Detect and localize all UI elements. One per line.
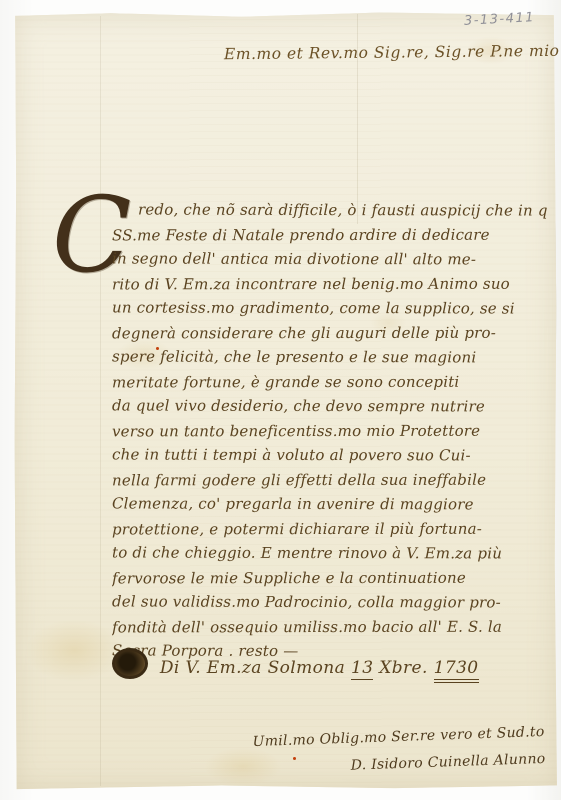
body-line: in segno dell' antica mia divotione all'… [112,246,548,272]
signature-block: Umil.mo Oblig.mo Ser.re vero et Sud.toD.… [252,719,546,783]
body-line: nella farmi godere gli effetti della sua… [112,467,548,492]
body-line: redo, che nõ sarà difficile, ò i fausti … [112,197,548,223]
body-line: fervorose le mie Suppliche e la continua… [112,565,548,590]
body-line: da quel vivo desiderio, che devo sempre … [112,393,548,419]
dateline-place: Di V. Em.za Solmona [160,658,345,678]
salutation-line: Em.mo et Rev.mo Sig.re, Sig.re P.ne mio … [224,43,474,64]
body-line: SS.me Feste di Natale prendo ardire di d… [112,222,548,247]
body-line: un cortesiss.mo gradimento, come la supp… [112,295,548,321]
dateline-month: Xbre. [379,658,428,678]
body-line: degnerà considerare che gli auguri delle… [112,320,548,345]
dateline-year: 1730 [434,658,479,683]
body-line: Clemenza, co' pregarla in avenire di mag… [112,491,548,517]
body-line: rito di V. Em.za incontrare nel benig.mo… [112,271,548,296]
body-line: spere felicità, che le presento e le sue… [112,344,548,370]
body-line: verso un tanto beneficentiss.mo mio Prot… [112,418,548,443]
body-line: to di che chieggio. E mentre rinovo à V.… [112,540,548,566]
paper-crease-left [100,16,101,786]
letter-body: redo, che nõ sarà difficile, ò i fausti … [112,198,548,664]
body-line: fondità dell' ossequio umiliss.mo bacio … [112,614,548,639]
body-line: del suo validiss.mo Padrocinio, colla ma… [112,589,548,615]
dateline-day: 13 [351,658,373,680]
dateline: Di V. Em.za Solmona 13 Xbre. 1730 [112,648,479,679]
ink-blot-flourish [112,648,148,679]
body-line: protettione, e potermi dichiarare il più… [112,516,548,541]
body-line: meritate fortune, è grande se sono conce… [112,369,548,394]
body-line: che in tutti i tempi à voluto al povero … [112,442,548,468]
